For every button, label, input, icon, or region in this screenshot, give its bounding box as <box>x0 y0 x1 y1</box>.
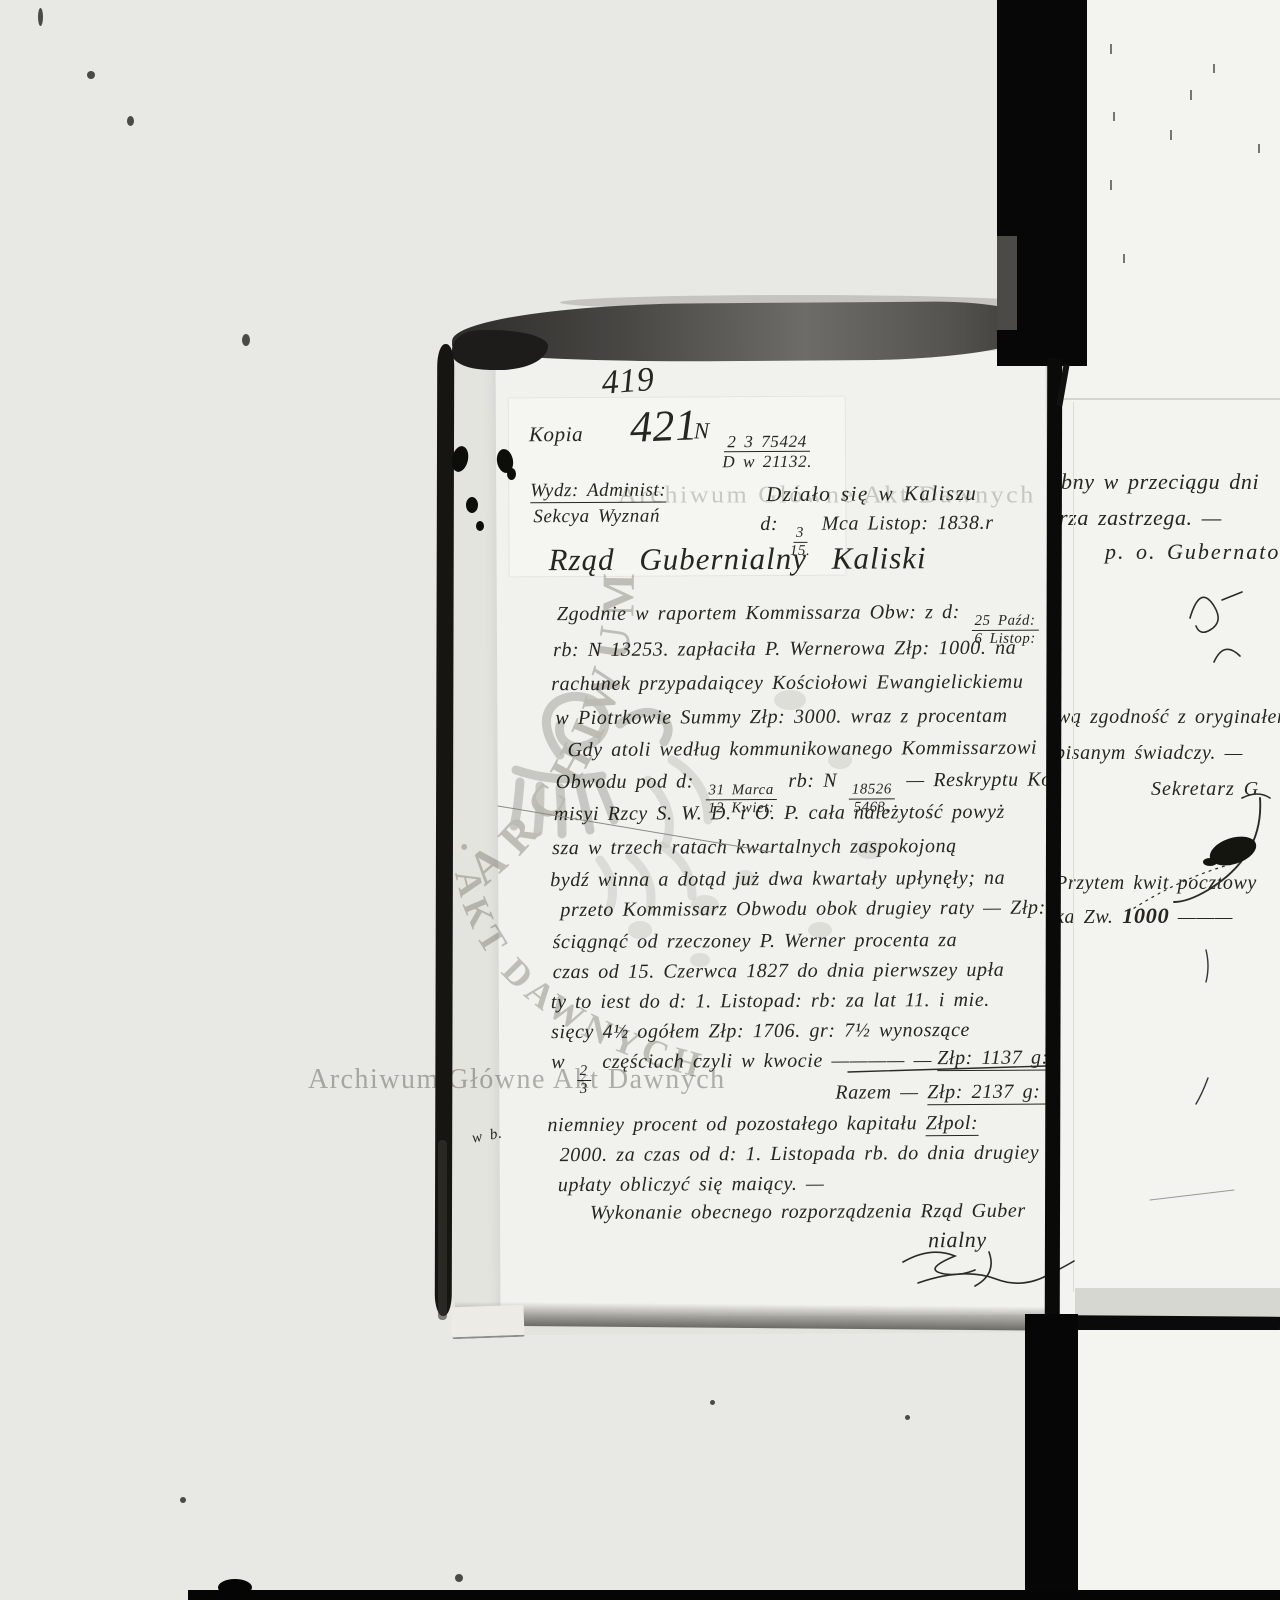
right-line: Sekretarz G <box>1151 778 1259 800</box>
right-page-lower <box>1078 1330 1280 1590</box>
film-speck <box>242 334 250 346</box>
total-line: Razem — Złp: 2137 g: 10 <box>835 1080 1050 1103</box>
body-line: rachunek przypadaiącey Kościołowi Ewangi… <box>551 671 1023 695</box>
film-scratch <box>1170 130 1172 140</box>
title-line: Rząd Gubernialny Kaliski <box>548 541 926 577</box>
film-bar-center <box>1045 358 1063 1318</box>
right-page-bottom-edge <box>1075 1288 1280 1316</box>
body-line: rb: N 13253. zapłaciła P. Wernerowa Złp:… <box>553 637 1016 661</box>
body-line: niemniey procent od pozostałego kapitału… <box>547 1112 978 1136</box>
page-number-421: 421 <box>629 401 699 452</box>
amount-line: Złp: 1137 g: 10 <box>937 1046 1050 1069</box>
body-line: ściągnąć od rzeczoney P. Werner procenta… <box>553 929 958 953</box>
film-speck <box>87 71 95 79</box>
body-line: bydź winna a dotąd już dwa kwartały upły… <box>550 867 1005 891</box>
film-scratch <box>1110 44 1112 54</box>
right-line: bny w przeciągu dni <box>1061 470 1259 494</box>
film-scratch <box>1213 64 1215 73</box>
body-line: sza w trzech ratach kwartalnych zaspokoj… <box>552 835 957 859</box>
right-line: wą zgodność z oryginałem <box>1057 706 1280 728</box>
right-page-top-edge <box>1061 398 1280 400</box>
film-scratch <box>1190 90 1192 100</box>
right-line: Przytem kwit pocztowy <box>1055 872 1257 894</box>
film-speck <box>127 116 134 126</box>
right-line: rza zastrzega. — <box>1059 506 1222 530</box>
body-line: ty to iest do d: 1. Listopad: rb: za lat… <box>551 989 990 1013</box>
film-speck <box>455 1574 463 1582</box>
ink-blot <box>507 468 516 480</box>
film-strip-blob <box>218 1579 252 1596</box>
closing-word: nialny <box>928 1228 987 1252</box>
archival-scan: bny w przeciągu dnirza zastrzega. —p. o.… <box>0 0 1280 1600</box>
film-speck <box>905 1415 910 1420</box>
archive-watermark-top: Archiwum Główne Akt Dawnych <box>618 481 1036 509</box>
section-line: Sekcya Wyznań <box>533 507 660 529</box>
page-number-419: 419 <box>600 361 655 402</box>
film-bar-gray-patch <box>997 236 1017 330</box>
film-bar-bottom <box>1025 1314 1078 1600</box>
copy-label: Kopia <box>529 423 583 446</box>
film-speck <box>38 8 43 26</box>
page-bottom-edge <box>455 1301 1045 1330</box>
film-scratch <box>1113 112 1115 121</box>
archive-watermark-mid: Archiwum Główne Akt Dawnych <box>308 1064 726 1096</box>
body-line: 2000. za czas od d: 1. Listopada rb. do … <box>560 1142 1040 1167</box>
film-speck <box>180 1497 186 1503</box>
right-page-fold-line <box>1073 402 1074 1292</box>
film-scratch <box>1123 254 1125 263</box>
film-strip-bottom <box>188 1590 1280 1600</box>
film-scratch <box>1110 180 1112 190</box>
body-line: w Piotrkowie Summy Złp: 3000. wraz z pro… <box>555 705 1007 729</box>
spine-fray <box>438 1140 447 1320</box>
body-line: przeto Kommissarz Obwodu obok drugiey ra… <box>560 896 1050 921</box>
film-scratch <box>1258 144 1260 153</box>
body-line: upłaty obliczyć się maiący. — <box>558 1173 825 1196</box>
right-line: pisanym świadczy. — <box>1055 742 1243 764</box>
body-line: sięcy 4½ ogółem Złp: 1706. gr: 7½ wynosz… <box>551 1019 970 1043</box>
body-line: Gdy atoli według kommunikowanego Kommiss… <box>568 737 1038 761</box>
right-line: p. o. Gubernato <box>1105 540 1280 564</box>
under-page-corner <box>451 1305 524 1339</box>
reference-number: N 2 3 75424D w 21132. <box>694 418 815 470</box>
ink-blot <box>476 521 484 531</box>
body-line: czas od 15. Czerwca 1827 do dnia pierwsz… <box>553 959 1005 983</box>
body-line: misyi Rzcy S. W. D. i O. P. cała należyt… <box>554 801 1005 825</box>
film-speck <box>710 1400 715 1405</box>
ink-blot <box>466 497 478 513</box>
body-line: Wykonanie obecnego rozporządzenia Rząd G… <box>590 1200 1026 1224</box>
right-line: ka Zw. 1000 ——— <box>1055 904 1233 929</box>
